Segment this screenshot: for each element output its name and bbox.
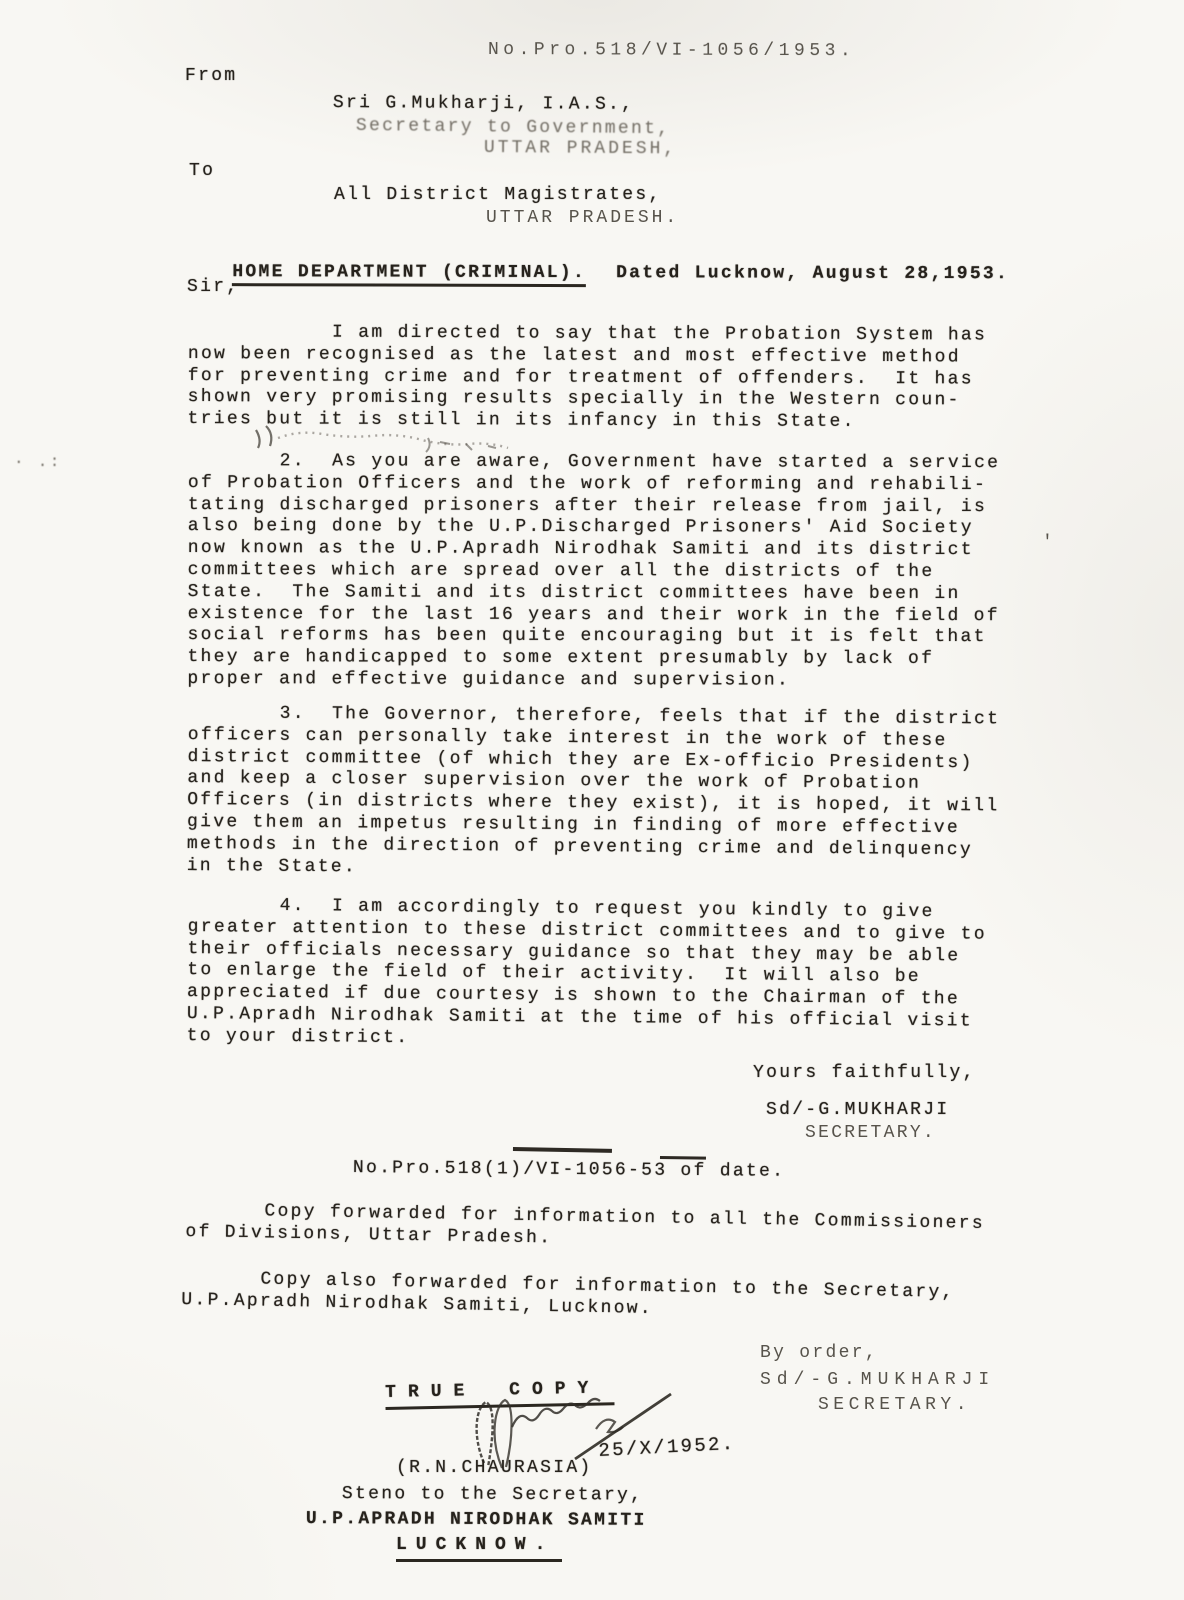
- signature-title: SECRETARY.: [805, 1123, 936, 1145]
- steno-organisation: U.P.APRADH NIRODHAK SAMITI: [306, 1509, 647, 1533]
- from-label: From: [185, 66, 237, 88]
- department-dateline: HOME DEPARTMENT (CRIMINAL).Dated Lucknow…: [180, 240, 1009, 308]
- signature-typed: Sd/-G.MUKHARJI: [766, 1100, 949, 1122]
- from-org: UTTAR PRADESH,: [484, 138, 677, 161]
- by-order-title: SECRETARY.: [818, 1395, 971, 1417]
- letter-reference-number: No.Pro.518/VI-1056/1953.: [488, 40, 855, 63]
- department-heading: HOME DEPARTMENT (CRIMINAL).: [232, 262, 586, 287]
- salutation: Sir,: [187, 277, 239, 299]
- paragraph-4: 4. I am accordingly to request you kindl…: [187, 895, 988, 1055]
- steno-place: LUCKNOW.: [396, 1535, 562, 1562]
- margin-marks-artifact: · .:: [14, 452, 62, 474]
- to-org: UTTAR PRADESH.: [486, 208, 679, 230]
- copy-forwarded-1: Copy forwarded for information to all th…: [185, 1200, 985, 1258]
- date-line: Dated Lucknow, August 28,1953.: [616, 263, 1009, 284]
- copy-forwarded-2: Copy also forwarded for information to t…: [181, 1268, 955, 1326]
- by-order-label: By order,: [760, 1343, 878, 1365]
- valediction: Yours faithfully,: [753, 1063, 976, 1085]
- to-name: All District Magistrates,: [334, 185, 662, 207]
- from-name: Sri G.Mukharji, I.A.S.,: [333, 93, 634, 117]
- paragraph-3: 3. The Governor, therefore, feels that i…: [187, 703, 1001, 884]
- endorsement-reference-number: No.Pro.518(1)/VI-1056-53 of date.: [353, 1158, 786, 1184]
- scanned-letter-page: No.Pro.518/VI-1056/1953. From Sri G.Mukh…: [0, 0, 1184, 1600]
- paragraph-2: 2. As you are aware, Government have sta…: [187, 451, 1000, 693]
- by-order-signature: Sd/-G.MUKHARJI: [760, 1370, 995, 1392]
- to-label: To: [189, 161, 215, 183]
- handwritten-date: 25/X/1952.: [598, 1434, 736, 1463]
- separator-rule: [513, 1147, 612, 1152]
- stray-mark-artifact: ': [1042, 533, 1055, 555]
- separator-rule-dash: [660, 1156, 706, 1160]
- steno-name: (R.N.CHAURASIA): [396, 1458, 593, 1480]
- steno-title: Steno to the Secretary,: [342, 1484, 643, 1507]
